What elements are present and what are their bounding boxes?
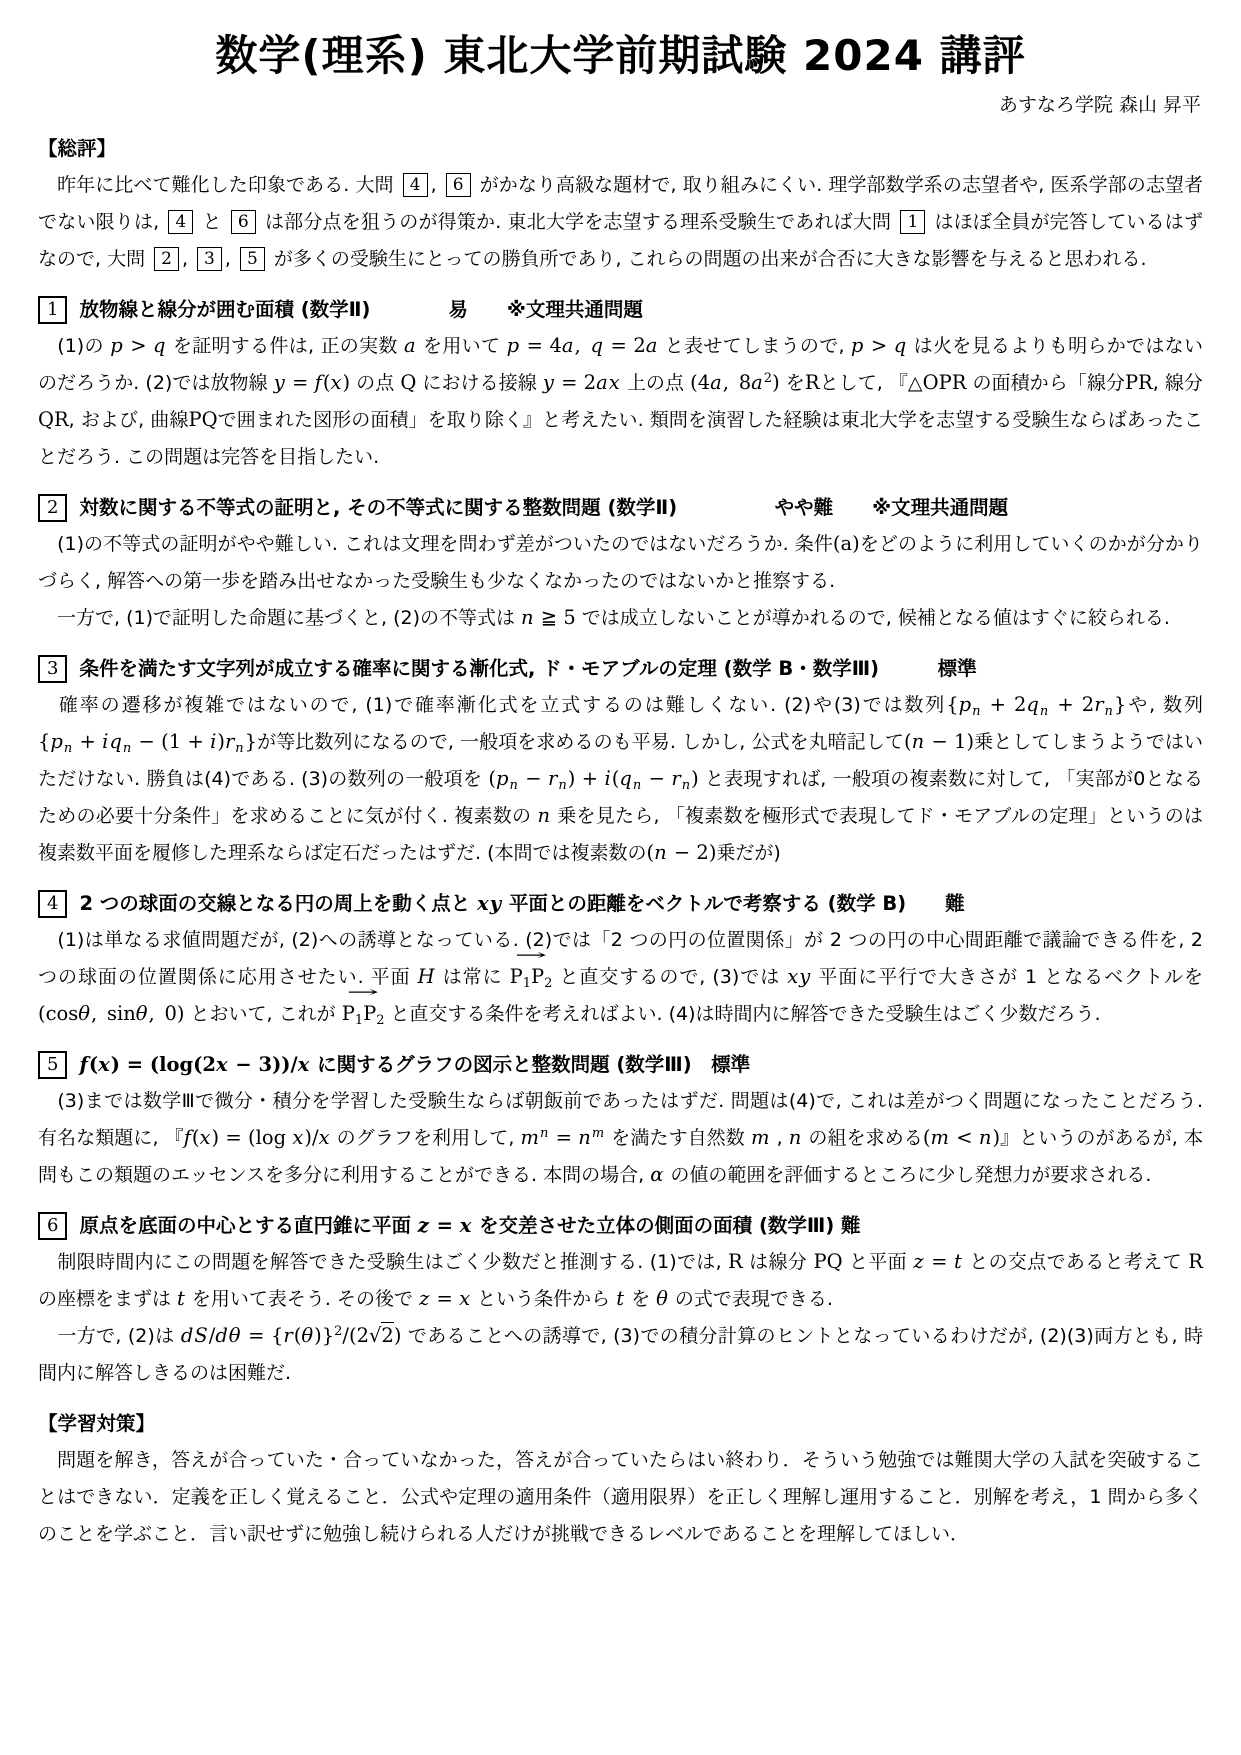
math-roman: OPR — [923, 371, 967, 394]
math-inline: p = 4a, q = 2a — [507, 334, 659, 357]
text-run: とおいて, これが — [185, 1003, 342, 1025]
math-roman: PR — [1125, 371, 1153, 394]
problem-number-box: 4 — [38, 890, 67, 918]
text-run: と直交するので, (3)では — [552, 966, 787, 988]
math-inline: p > q — [110, 334, 166, 357]
math-roman: PQ — [188, 408, 217, 431]
text-run: 平面との距離をベクトルで考察する (数学 B) 難 — [502, 892, 965, 915]
text-run: を — [780, 372, 805, 394]
document: 数学(理系) 東北大学前期試験 2024 講評 あすなろ学院 森山 昇平 【総評… — [0, 0, 1241, 1573]
text-run: のグラフを利用して, — [331, 1127, 521, 1149]
text-run: を交差させた立体の側面の面積 (数学Ⅲ) 難 — [472, 1214, 860, 1237]
problem-heading: 42 つの球面の交線となる円の周上を動く点と xy 平面との距離をベクトルで考察… — [38, 885, 1203, 922]
problem-heading: 5f(x) = (log(2x − 3))/x に関するグラフの図示と整数問題 … — [38, 1046, 1203, 1083]
problem-heading: 3条件を満たす文字列が成立する確率に関する漸化式, ド・モアブルの定理 (数学 … — [38, 650, 1203, 687]
text-run: を — [625, 1288, 656, 1310]
section-heading: 【総評】 — [38, 130, 1203, 167]
vector-notation: P1P2 — [510, 963, 553, 987]
text-run: は線分 — [743, 1251, 814, 1273]
text-run: , および, 曲線 — [69, 409, 189, 431]
math-inline: dS/dθ = {r(θ)}2/(2√2) — [181, 1324, 402, 1347]
math-inline: xy — [787, 965, 811, 988]
text-run: , — [182, 248, 194, 270]
text-run: 2 つの球面の交線となる円の周上を動く点と — [79, 892, 477, 915]
math-roman: R — [1188, 1250, 1203, 1273]
boxed-problem-number: 4 — [168, 210, 193, 234]
text-run: 原点を底面の中心とする直円錐に平面 — [79, 1214, 417, 1237]
text-run: と直交する条件を考えればよい. (4)は時間内に解答できた受験生はごく少数だろう… — [385, 1003, 1101, 1025]
text-run: 上の点 — [621, 372, 690, 394]
text-run: 一方で, (1)で証明した命題に基づくと, (2)の不等式は — [38, 607, 521, 629]
text-run: に関するグラフの図示と整数問題 (数学Ⅲ) 標準 — [310, 1053, 750, 1076]
text-run: の式で表現できる. — [669, 1288, 833, 1310]
boxed-problem-number: 5 — [240, 247, 265, 271]
math-inline: t — [177, 1287, 186, 1310]
text-run: (1)の不等式の証明がやや難しい. これは文理を問わず差がついたのではないだろう… — [38, 533, 833, 555]
text-run: , — [770, 1127, 788, 1149]
text-run: や, 数列 — [1126, 694, 1203, 716]
math-inline: n — [537, 804, 551, 827]
text-run: の組を求める — [802, 1127, 923, 1149]
paragraph: 一方で, (2)は dS/dθ = {r(θ)}2/(2√2) であることへの誘… — [38, 1318, 1203, 1392]
math-roman: R — [728, 1250, 743, 1273]
text-run: 放物線と線分が囲む面積 (数学Ⅱ) 易 ※文理共通問題 — [79, 298, 642, 321]
paragraph: (1)の不等式の証明がやや難しい. これは文理を問わず差がついたのではないだろう… — [38, 526, 1203, 600]
text-run: が等比数列になるので, 一般項を求めるのも平易. しかし, 公式を丸暗記して — [257, 731, 904, 753]
text-run: という条件から — [471, 1288, 616, 1310]
paragraph: (1)の p > q を証明する件は, 正の実数 a を用いて p = 4a, … — [38, 328, 1203, 476]
math-inline: a — [404, 334, 417, 357]
math-roman: PQ — [813, 1250, 842, 1273]
text-run: 一方で, (2)は — [38, 1325, 181, 1347]
paragraph: 一方で, (1)で証明した命題に基づくと, (2)の不等式は n ≧ 5 では成… — [38, 600, 1203, 637]
math-inline: p > q — [851, 334, 907, 357]
document-body: 【総評】 昨年に比べて難化した印象である. 大問 4, 6 がかなり高級な題材で… — [38, 130, 1203, 1553]
text-run: を用いて表そう. その後で — [186, 1288, 419, 1310]
math-inline: (n − 1) — [904, 730, 974, 753]
text-run: との交点であると考えて — [963, 1251, 1188, 1273]
text-run: 乗だが) — [716, 842, 780, 864]
text-run: は部分点を狙うのが得策か. 東北大学を志望する理系受験生であれば大問 — [259, 211, 898, 233]
text-run: と表せてしまうので, — [658, 335, 851, 357]
math-inline: z = t — [913, 1250, 963, 1273]
math-inline: t — [616, 1287, 625, 1310]
math-roman: Q — [400, 371, 416, 394]
math-inline: (cosθ, sinθ, 0) — [38, 1002, 185, 1025]
problem-number-box: 6 — [38, 1212, 67, 1240]
math-inline: n ≧ 5 — [521, 606, 576, 629]
boxed-problem-number: 1 — [900, 210, 925, 234]
boxed-problem-number: 6 — [231, 210, 256, 234]
text-run: , — [431, 174, 443, 196]
problem-number-box: 5 — [38, 1051, 67, 1079]
math-inline: z = x — [419, 1287, 471, 1310]
text-run: を用いて — [417, 335, 507, 357]
text-run: の値の範囲を評価するところに少し発想力が要求される. — [664, 1164, 1151, 1186]
text-run: 問題を解き，答えが合っていた・合っていなかった，答えが合っていたらはい終わり．そ… — [38, 1449, 1203, 1545]
math-inline: H — [418, 965, 436, 988]
problem-number-box: 3 — [38, 655, 67, 683]
math-roman: R — [805, 371, 820, 394]
math-inline: f(x) = (log(2x − 3))/x — [79, 1053, 310, 1076]
math-roman: QR — [38, 408, 69, 431]
math-inline: f(x) = (log x)/x — [184, 1126, 331, 1149]
math-inline: z = x — [418, 1214, 473, 1237]
paragraph: (3)までは数学Ⅲで微分・積分を学習した受験生ならば朝飯前であったはずだ. 問題… — [38, 1083, 1203, 1194]
boxed-problem-number: 2 — [154, 247, 179, 271]
paragraph: (1)は単なる求値問題だが, (2)への誘導となっている. (2)では「2 つの… — [38, 922, 1203, 1033]
boxed-problem-number: 6 — [446, 173, 471, 197]
math-inline: {pn + iqn − (1 + i)rn} — [38, 730, 257, 753]
math-inline: (m < n) — [923, 1126, 1000, 1149]
text-run: 対数に関する不等式の証明と, その不等式に関する整数問題 (数学Ⅱ) やや難 ※… — [79, 496, 1008, 519]
boxed-problem-number: 3 — [197, 247, 222, 271]
text-run: として, 『△ — [820, 372, 923, 394]
math-inline: θ — [656, 1287, 669, 1310]
text-run: 条件を満たす文字列が成立する確率に関する漸化式, ド・モアブルの定理 (数学 B… — [79, 657, 976, 680]
math-inline: (n − 2) — [647, 841, 717, 864]
math-inline: y = f(x) — [274, 371, 350, 394]
problem-number-box: 2 — [38, 494, 67, 522]
text-run: の面積から「線分 — [966, 372, 1125, 394]
text-run: では成立しないことが導かれるので, 候補となる値はすぐに絞られる. — [576, 607, 1170, 629]
math-inline: α — [650, 1163, 664, 1186]
document-title: 数学(理系) 東北大学前期試験 2024 講評 — [38, 26, 1203, 87]
text-run: と — [196, 211, 228, 233]
math-inline: {pn + 2qn + 2rn} — [946, 693, 1126, 716]
problem-heading: 6原点を底面の中心とする直円錐に平面 z = x を交差させた立体の側面の面積 … — [38, 1207, 1203, 1244]
math-inline: y = 2ax — [543, 371, 621, 394]
math-inline: n — [789, 1126, 803, 1149]
problem-number-box: 1 — [38, 296, 67, 324]
math-inline: (4a, 8a2) — [690, 371, 780, 394]
text-run: における接線 — [416, 372, 543, 394]
math-inline: mn = nm — [521, 1126, 606, 1149]
math-inline: xy — [477, 892, 502, 915]
text-run: を満たす自然数 — [605, 1127, 751, 1149]
text-run: (1)の — [38, 335, 110, 357]
text-run: が多くの受験生にとっての勝負所であり, これらの問題の出来が合否に大きな影響を与… — [268, 248, 1147, 270]
text-run: 平面に平行で大きさが 1 となるベクトルを — [811, 966, 1203, 988]
math-roman: (a) — [833, 532, 860, 555]
text-run: と平面 — [843, 1251, 914, 1273]
text-run: を証明する件は, 正の実数 — [167, 335, 405, 357]
text-run: 昨年に比べて難化した印象である. 大問 — [38, 174, 400, 196]
text-run: は常に — [436, 966, 510, 988]
boxed-problem-number: 4 — [403, 173, 428, 197]
paragraph: 昨年に比べて難化した印象である. 大問 4, 6 がかなり高級な題材で, 取り組… — [38, 167, 1203, 278]
text-run: の点 — [350, 372, 400, 394]
paragraph: 問題を解き，答えが合っていた・合っていなかった，答えが合っていたらはい終わり．そ… — [38, 1442, 1203, 1553]
page: { "page": { "title": "数学(理系) 東北大学前期試験 20… — [0, 0, 1241, 1755]
text-run: 確率の遷移が複雑ではないので, (1)で確率漸化式を立式するのは難しくない. (… — [38, 694, 946, 716]
vector-notation: P1P2 — [342, 1000, 385, 1024]
text-run: , 線分 — [1153, 372, 1203, 394]
text-run: の座標をまずは — [38, 1288, 177, 1310]
math-inline: (pn − rn) + i(qn − rn) — [488, 767, 698, 790]
paragraph: 制限時間内にこの問題を解答できた受験生はごく少数だと推測する. (1)では, R… — [38, 1244, 1203, 1318]
author-line: あすなろ学院 森山 昇平 — [38, 90, 1201, 117]
problem-heading: 1放物線と線分が囲む面積 (数学Ⅱ) 易 ※文理共通問題 — [38, 291, 1203, 328]
problem-heading: 2対数に関する不等式の証明と, その不等式に関する整数問題 (数学Ⅱ) やや難 … — [38, 489, 1203, 526]
text-run: , — [225, 248, 237, 270]
paragraph: 確率の遷移が複雑ではないので, (1)で確率漸化式を立式するのは難しくない. (… — [38, 687, 1203, 872]
text-run: 制限時間内にこの問題を解答できた受験生はごく少数だと推測する. (1)では, — [38, 1251, 728, 1273]
math-inline: m — [751, 1126, 771, 1149]
section-heading: 【学習対策】 — [38, 1405, 1203, 1442]
